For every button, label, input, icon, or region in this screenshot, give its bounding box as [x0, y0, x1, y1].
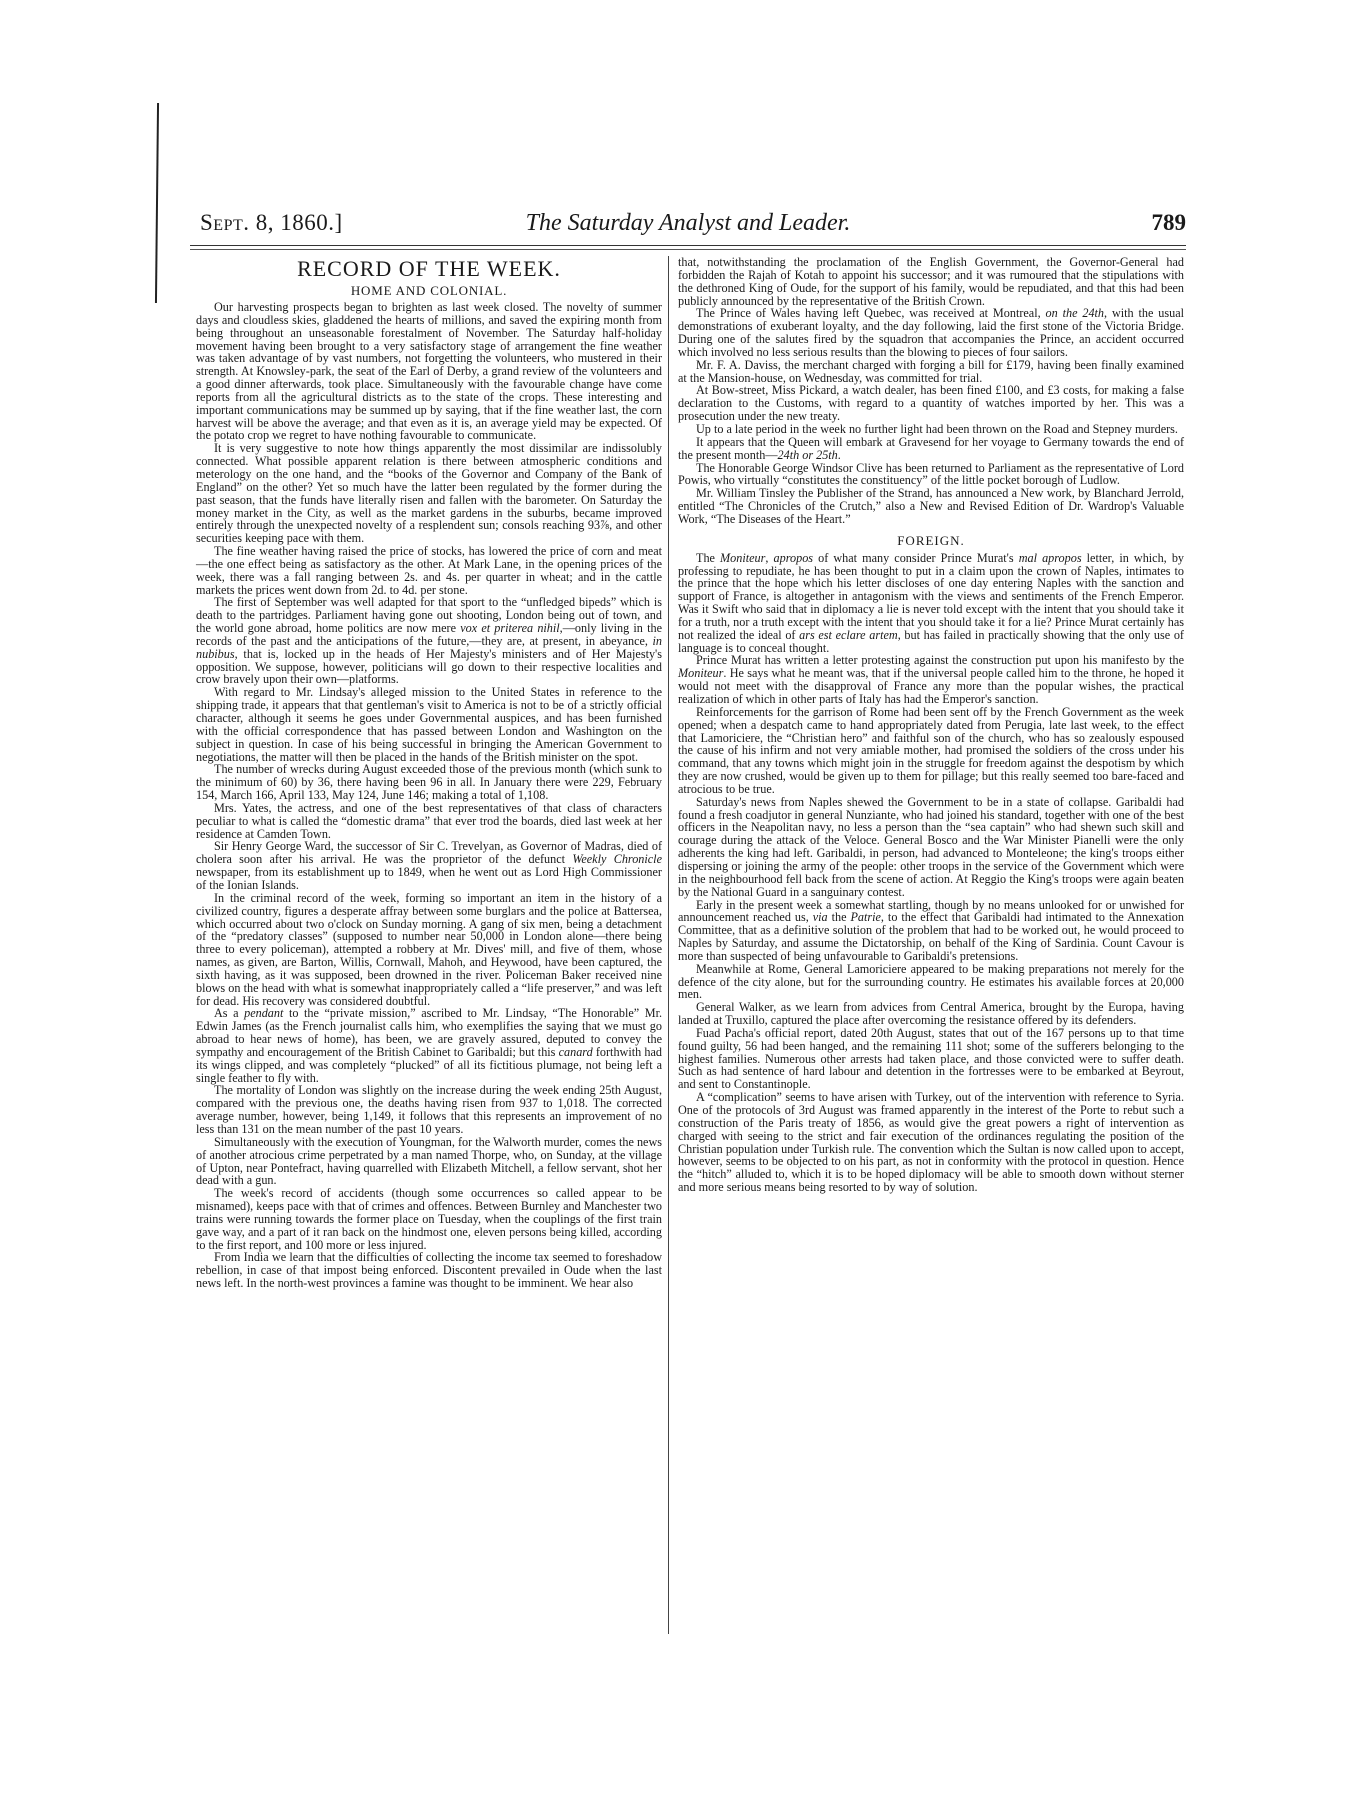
article-paragraph: The Prince of Wales having left Quebec, … [678, 307, 1184, 358]
article-paragraph: Reinforcements for the garrison of Rome … [678, 706, 1184, 796]
article-paragraph: Prince Murat has written a letter protes… [678, 654, 1184, 705]
column-divider [668, 256, 669, 1634]
right-column-home-articles: The Prince of Wales having left Quebec, … [678, 307, 1184, 525]
article-paragraph: Sir Henry George Ward, the successor of … [196, 840, 662, 891]
header-rule [190, 245, 1186, 246]
article-paragraph: Meanwhile at Rome, General Lamoriciere a… [678, 963, 1184, 1002]
article-paragraph: The Moniteur, apropos of what many consi… [678, 552, 1184, 655]
article-paragraph: The first of September was well adapted … [196, 596, 662, 686]
article-paragraph: The fine weather having raised the price… [196, 545, 662, 596]
article-paragraph: Early in the present week a somewhat sta… [678, 899, 1184, 963]
article-paragraph: With regard to Mr. Lindsay's alleged mis… [196, 686, 662, 763]
article-paragraph: In the criminal record of the week, form… [196, 892, 662, 1008]
article-paragraph: It is very suggestive to note how things… [196, 442, 662, 545]
article-paragraph: The number of wrecks during August excee… [196, 763, 662, 802]
article-paragraph: General Walker, as we learn from advices… [678, 1001, 1184, 1027]
section-heading-foreign: FOREIGN. [678, 532, 1184, 550]
article-paragraph: The mortality of London was slightly on … [196, 1084, 662, 1135]
publication-title: The Saturday Analyst and Leader. [190, 210, 1186, 237]
left-column: RECORD OF THE WEEK. HOME AND COLONIAL. O… [196, 256, 662, 1290]
article-paragraph: It appears that the Queen will embark at… [678, 436, 1184, 462]
running-head: Sept. 8, 1860.] The Saturday Analyst and… [190, 200, 1186, 240]
section-heading-record-of-the-week: RECORD OF THE WEEK. [196, 256, 662, 282]
header-rule-thin [190, 249, 1186, 250]
section-subheading-home-and-colonial: HOME AND COLONIAL. [196, 283, 662, 299]
continued-paragraph: that, notwithstanding the proclamation o… [678, 256, 1184, 307]
article-paragraph: Mr. William Tinsley the Publisher of the… [678, 487, 1184, 526]
article-paragraph: Our harvesting prospects began to bright… [196, 301, 662, 442]
right-column: that, notwithstanding the proclamation o… [678, 256, 1184, 1194]
article-paragraph: A “complication” seems to have arisen wi… [678, 1091, 1184, 1194]
article-paragraph: Mrs. Yates, the actress, and one of the … [196, 802, 662, 841]
newspaper-page: Sept. 8, 1860.] The Saturday Analyst and… [190, 200, 1186, 1620]
article-paragraph: The Honorable George Windsor Clive has b… [678, 462, 1184, 488]
article-paragraph: Mr. F. A. Daviss, the merchant charged w… [678, 359, 1184, 385]
article-paragraph: Up to a late period in the week no furth… [678, 423, 1184, 436]
page-number: 789 [1152, 210, 1187, 236]
right-column-foreign-articles: The Moniteur, apropos of what many consi… [678, 552, 1184, 1194]
article-paragraph: Simultaneously with the execution of You… [196, 1136, 662, 1187]
article-paragraph: The week's record of accidents (though s… [196, 1187, 662, 1251]
binding-edge-line [155, 103, 159, 303]
left-column-articles: Our harvesting prospects began to bright… [196, 301, 662, 1290]
article-paragraph: At Bow-street, Miss Pickard, a watch dea… [678, 384, 1184, 423]
article-paragraph: Fuad Pacha's official report, dated 20th… [678, 1027, 1184, 1091]
article-paragraph: From India we learn that the difficultie… [196, 1251, 662, 1290]
article-paragraph: As a pendant to the “private mission,” a… [196, 1007, 662, 1084]
article-paragraph: Saturday's news from Naples shewed the G… [678, 796, 1184, 899]
